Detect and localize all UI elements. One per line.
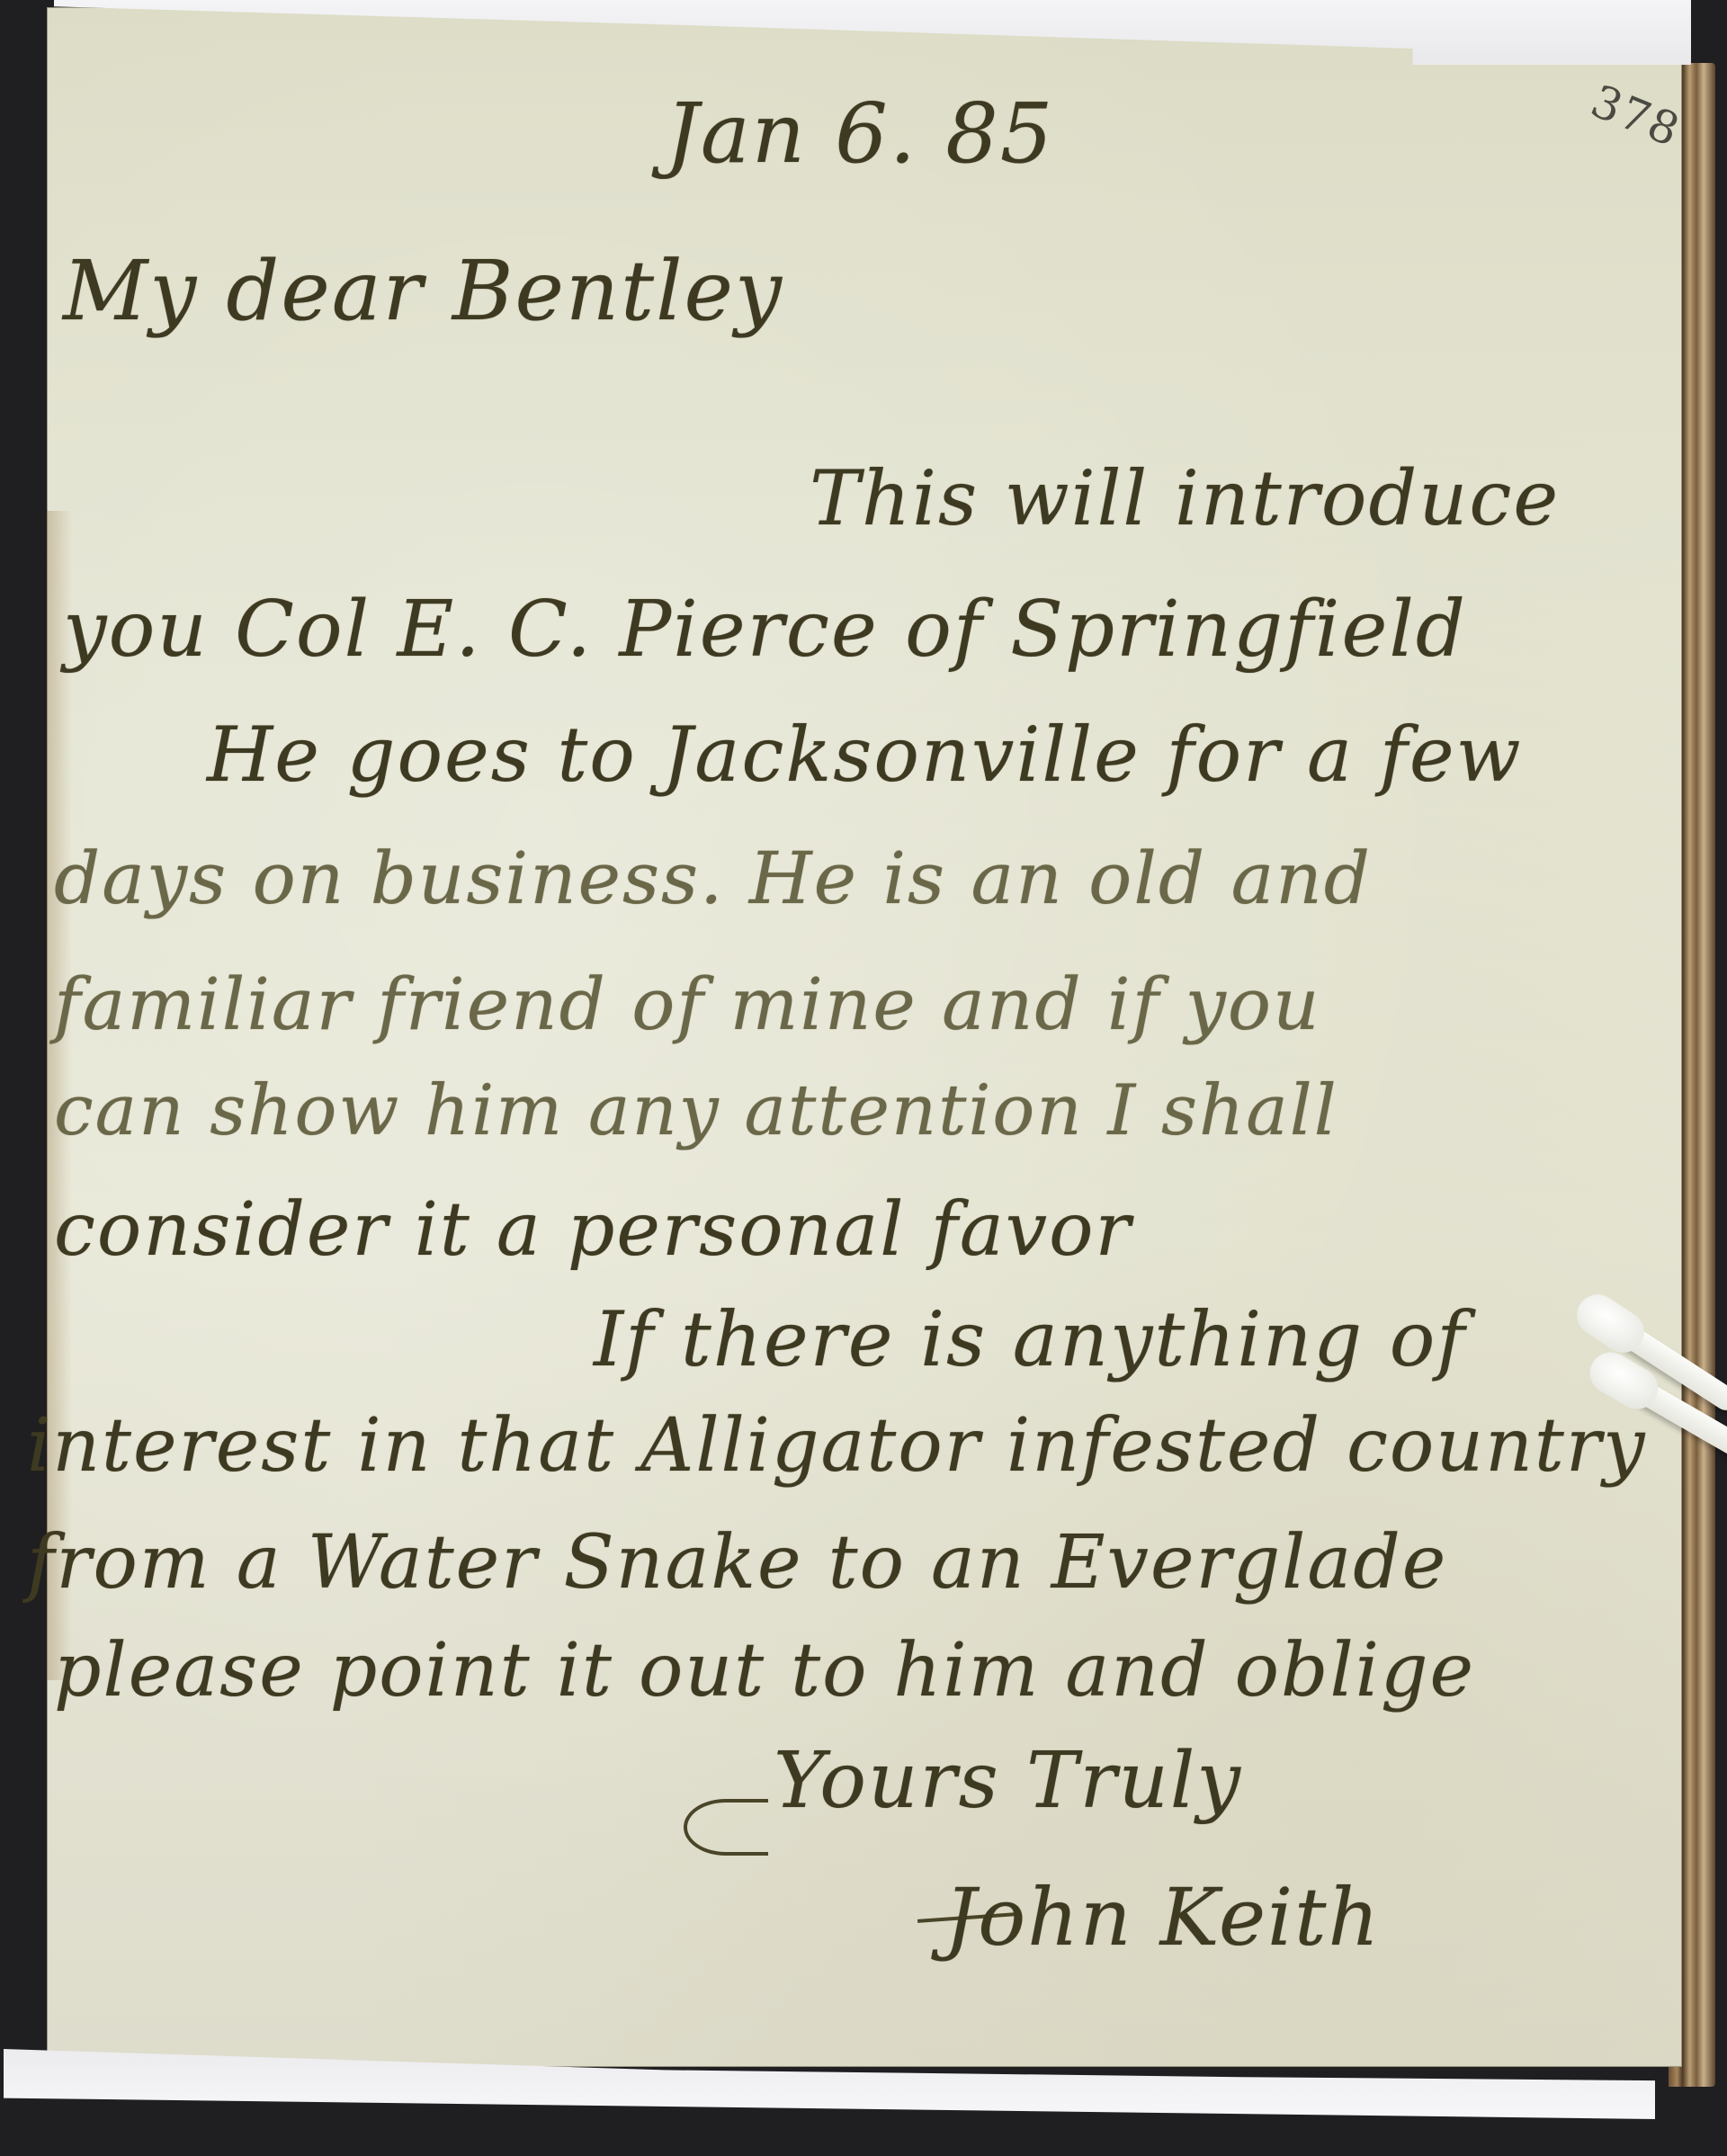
body-line: please point it out to him and oblige (54, 1628, 1475, 1713)
body-line: days on business. He is an old and (54, 836, 1372, 920)
body-line: If there is anything of (594, 1295, 1466, 1383)
body-line: familiar friend of mine and if you (54, 962, 1321, 1046)
body-line: interest in that Alligator infested coun… (27, 1403, 1646, 1489)
letter-date: Jan 6. 85 (666, 85, 1054, 182)
document-viewer: 378 Jan 6. 85 My dear Bentley This will … (0, 0, 1727, 2156)
body-line: can show him any attention I shall (54, 1070, 1338, 1151)
body-line: This will introduce (810, 454, 1560, 542)
salutation: My dear Bentley (63, 243, 783, 339)
closing: Yours Truly (774, 1736, 1242, 1826)
closing-flourish (684, 1799, 768, 1856)
body-line: from a Water Snake to an Everglade (27, 1520, 1447, 1606)
body-line: He goes to Jacksonville for a few (207, 711, 1523, 799)
body-line: you Col E. C. Pierce of Springfield (63, 585, 1467, 675)
body-line: consider it a personal favor (54, 1187, 1132, 1273)
signature: John Keith (944, 1871, 1381, 1964)
